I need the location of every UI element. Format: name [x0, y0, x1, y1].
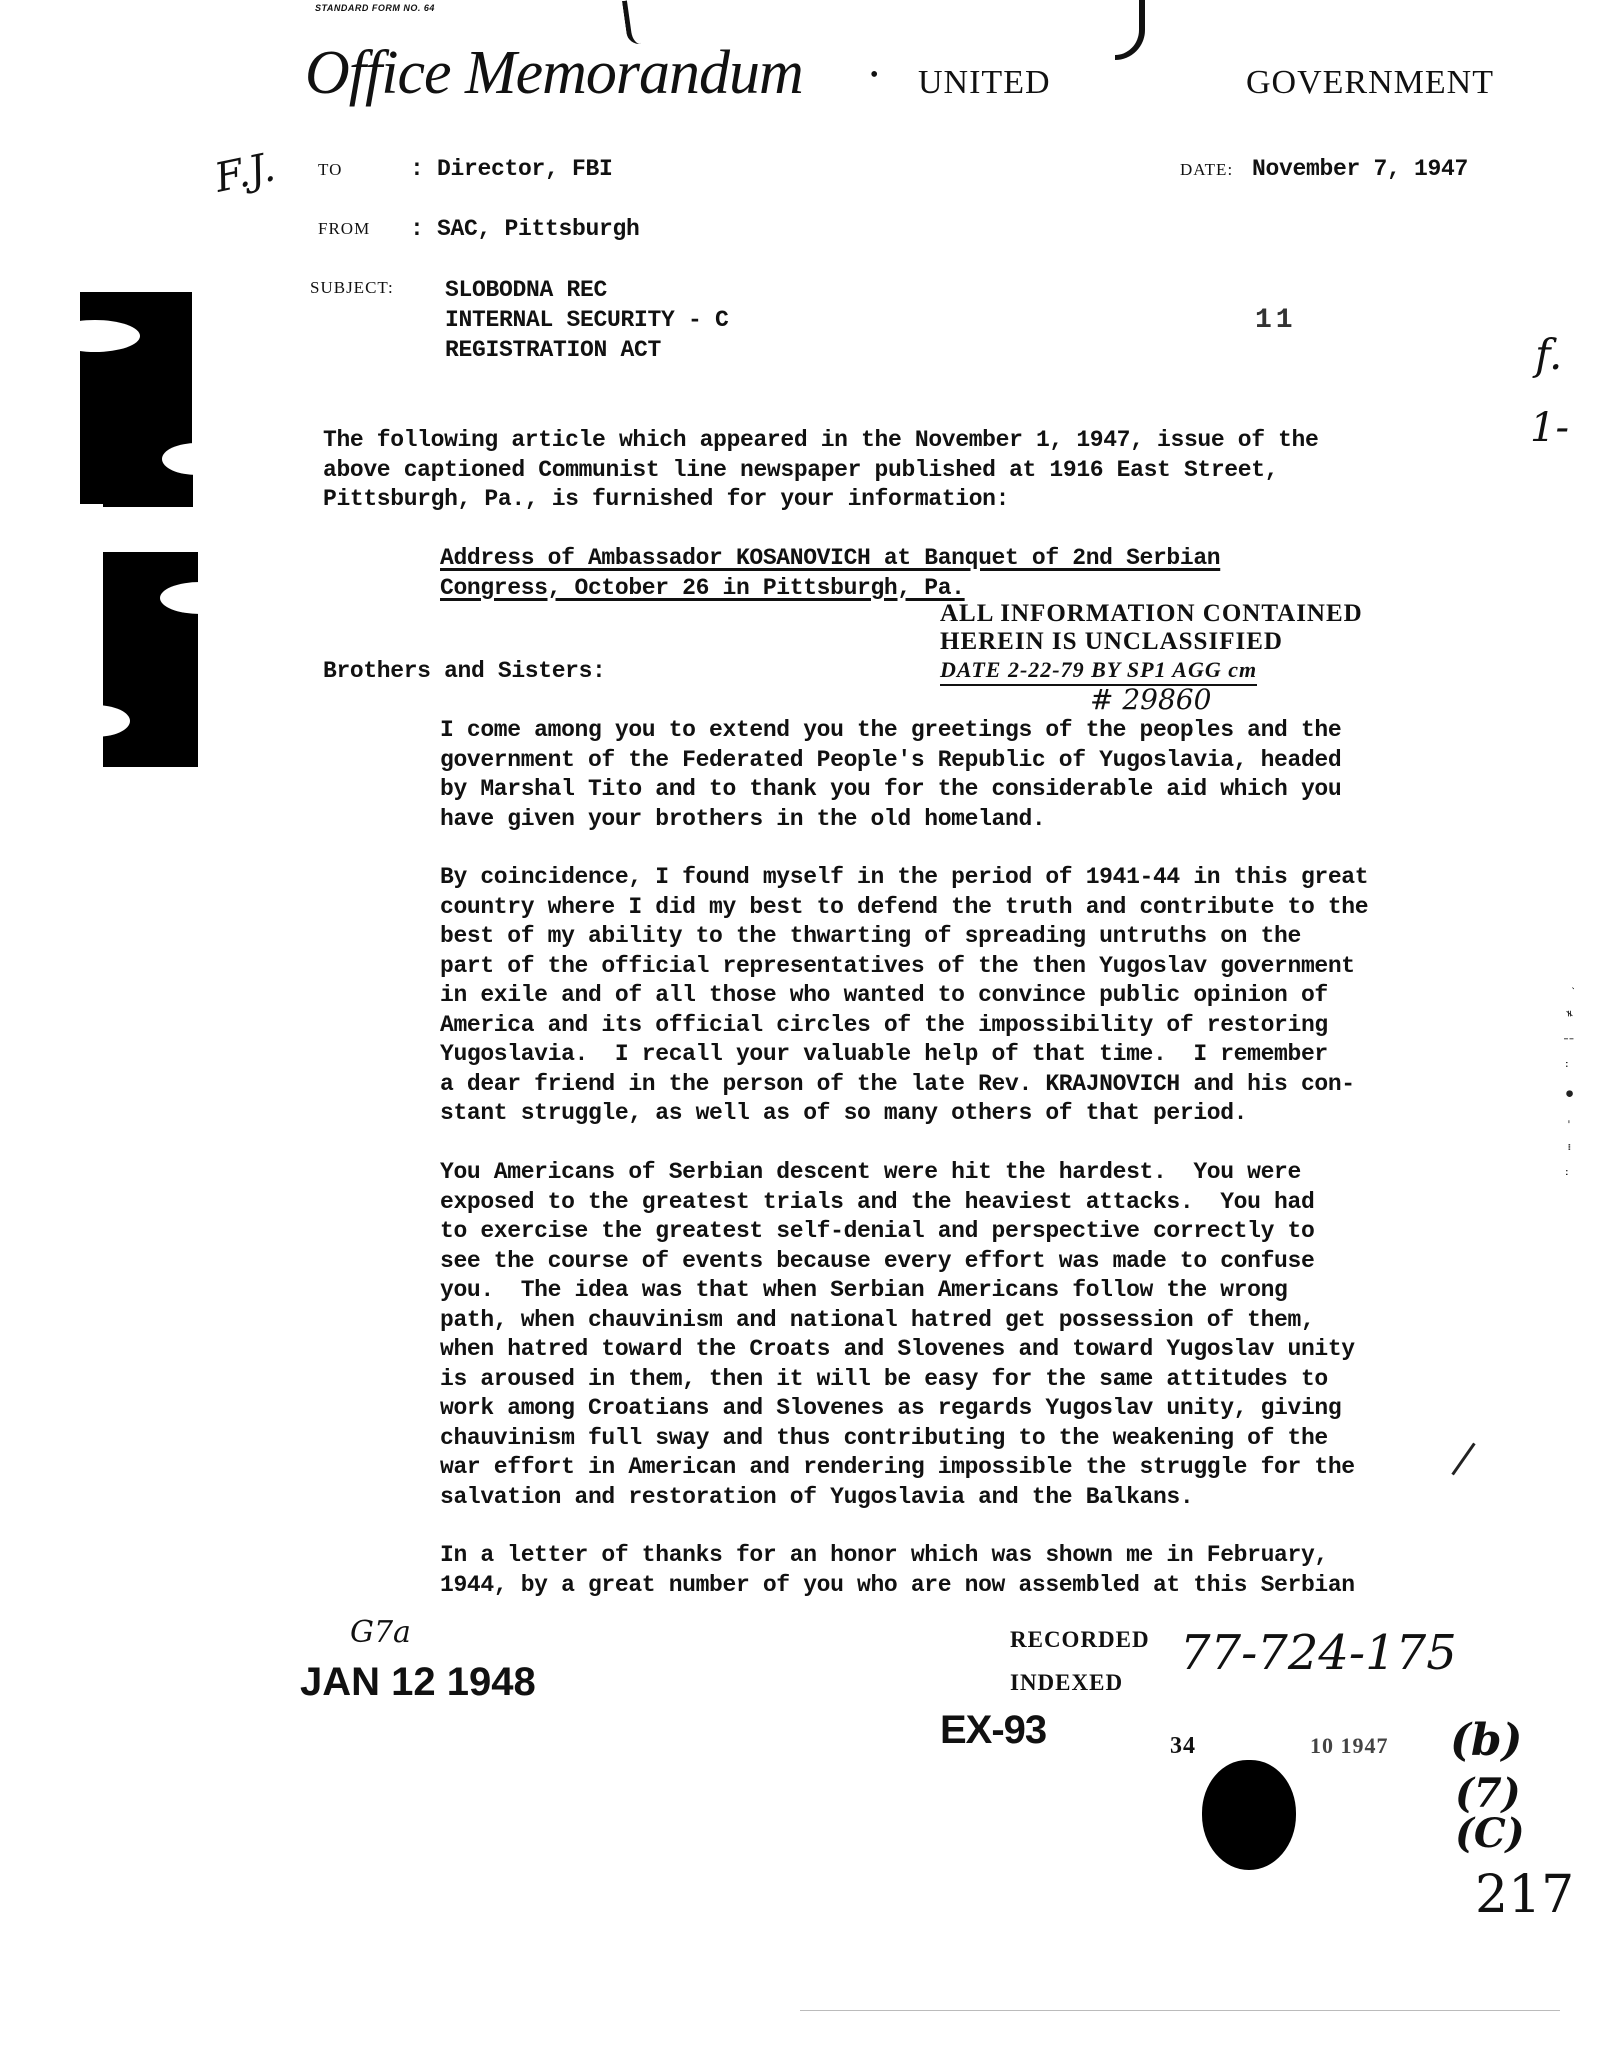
- paragraph-line: see the course of events because every e…: [440, 1247, 1355, 1277]
- article-paragraph-4: In a letter of thanks for an honor which…: [440, 1541, 1355, 1600]
- handwritten-initials-footer: G7a: [350, 1615, 411, 1650]
- receipt-date-stamp: JAN 12 1948: [300, 1660, 536, 1705]
- file-number: 77-724-175: [1180, 1625, 1457, 1681]
- paragraph-line: is aroused in them, then it will be easy…: [440, 1365, 1355, 1395]
- binding-notch: [162, 443, 232, 475]
- paragraph-line: war effort in American and rendering imp…: [440, 1453, 1355, 1483]
- paragraph-line: a dear friend in the person of the late …: [440, 1070, 1368, 1100]
- binding-notch: [160, 582, 240, 614]
- to-value: : Director, FBI: [410, 156, 613, 182]
- article-paragraph-1: I come among you to extend you the greet…: [440, 716, 1341, 834]
- paragraph-line: government of the Federated People's Rep…: [440, 746, 1341, 776]
- masthead-government: GOVERNMENT: [1246, 64, 1494, 102]
- paragraph-line: when hatred toward the Croats and Sloven…: [440, 1335, 1355, 1365]
- indexed-stamp: INDEXED: [1010, 1670, 1123, 1696]
- to-label: TO: [318, 160, 342, 180]
- paragraph-line: I come among you to extend you the greet…: [440, 716, 1341, 746]
- paragraph-line: path, when chauvinism and national hatre…: [440, 1306, 1355, 1336]
- margin-vertical-marks: ′ ≠ ¦ ‥ ● ‐ ⋯ ‥: [1563, 985, 1576, 1182]
- paragraph-line: country where I did my best to defend th…: [440, 893, 1368, 923]
- binding-notch: [50, 320, 140, 352]
- exemption-code: (C): [1455, 1810, 1525, 1857]
- file-mark: 11: [1255, 305, 1297, 336]
- paragraph-line: part of the official representatives of …: [440, 952, 1368, 982]
- paragraph-line: 1944, by a great number of you who are n…: [440, 1571, 1355, 1601]
- handwritten-initial-right-2: 1-: [1530, 405, 1569, 451]
- paragraph-line: In a letter of thanks for an honor which…: [440, 1541, 1355, 1571]
- from-label: FROM: [318, 219, 370, 239]
- subject-line: SLOBODNA REC: [445, 275, 729, 305]
- paragraph-line: you. The idea was that when Serbian Amer…: [440, 1276, 1355, 1306]
- subject-line: REGISTRATION ACT: [445, 335, 729, 365]
- handwritten-initials-left: F.J.: [211, 144, 279, 201]
- subject-lines: SLOBODNA REC INTERNAL SECURITY - C REGIS…: [445, 275, 729, 365]
- article-title: Address of Ambassador KOSANOVICH at Banq…: [440, 544, 1220, 603]
- paragraph-line: stant struggle, as well as of so many ot…: [440, 1099, 1368, 1129]
- masthead-united: UNITED: [918, 64, 1051, 102]
- subject-label: SUBJECT:: [310, 278, 394, 298]
- stamp-number: # 29860: [1090, 686, 1363, 714]
- paragraph-line: By coincidence, I found myself in the pe…: [440, 863, 1368, 893]
- recorded-stamp: RECORDED: [1010, 1627, 1150, 1653]
- exemption-code: (b): [1450, 1715, 1522, 1766]
- handwritten-mark-top-right: [1115, 0, 1145, 60]
- paragraph-line: Yugoslavia. I recall your valuable help …: [440, 1040, 1368, 1070]
- sub-date: 10 1947: [1310, 1733, 1389, 1759]
- article-title-line: Address of Ambassador KOSANOVICH at Banq…: [440, 544, 1220, 574]
- stamp-line: ALL INFORMATION CONTAINED: [940, 600, 1363, 628]
- paragraph-line: America and its official circles of the …: [440, 1011, 1368, 1041]
- date-value: November 7, 1947: [1252, 156, 1468, 182]
- intro-line: above captioned Communist line newspaper…: [323, 456, 1463, 486]
- article-title-line: Congress, October 26 in Pittsburgh, Pa.: [440, 574, 1220, 604]
- salutation: Brothers and Sisters:: [323, 657, 606, 687]
- intro-line: Pittsburgh, Pa., is furnished for your i…: [323, 485, 1463, 515]
- paragraph-line: by Marshal Tito and to thank you for the…: [440, 775, 1341, 805]
- stamp-date-line: DATE 2-22-79 BY SP1 AGG cm: [940, 656, 1257, 686]
- masthead-bullet: •: [870, 62, 878, 89]
- article-paragraph-3: You Americans of Serbian descent were hi…: [440, 1158, 1355, 1512]
- paragraph-line: exposed to the greatest trials and the h…: [440, 1188, 1355, 1218]
- bottom-scan-line: [800, 2010, 1560, 2011]
- intro-line: The following article which appeared in …: [323, 426, 1463, 456]
- handwritten-initial-right-1: f.: [1535, 330, 1562, 379]
- redaction-blot: [1202, 1760, 1296, 1870]
- stamp-line: HEREIN IS UNCLASSIFIED: [940, 628, 1363, 656]
- paragraph-line: best of my ability to the thwarting of s…: [440, 922, 1368, 952]
- page-number: 217: [1475, 1865, 1574, 1925]
- intro-paragraph: The following article which appeared in …: [323, 426, 1463, 515]
- paragraph-line: have given your brothers in the old home…: [440, 805, 1341, 835]
- from-value: : SAC, Pittsburgh: [410, 216, 640, 242]
- article-paragraph-2: By coincidence, I found myself in the pe…: [440, 863, 1368, 1129]
- paragraph-line: in exile and of all those who wanted to …: [440, 981, 1368, 1011]
- declassification-stamp: ALL INFORMATION CONTAINED HEREIN IS UNCL…: [940, 600, 1363, 714]
- ex-mark: EX-93: [940, 1708, 1046, 1753]
- subject-line: INTERNAL SECURITY - C: [445, 305, 729, 335]
- memo-title: Office Memorandum: [305, 38, 803, 109]
- form-number: STANDARD FORM NO. 64: [315, 3, 435, 13]
- sub-marks: 34: [1170, 1733, 1196, 1760]
- paragraph-line: chauvinism full sway and thus contributi…: [440, 1424, 1355, 1454]
- paragraph-line: salvation and restoration of Yugoslavia …: [440, 1483, 1355, 1513]
- margin-slash: [1451, 1443, 1475, 1476]
- paragraph-line: work among Croatians and Slovenes as reg…: [440, 1394, 1355, 1424]
- paragraph-line: You Americans of Serbian descent were hi…: [440, 1158, 1355, 1188]
- binding-notch: [60, 705, 130, 737]
- paragraph-line: to exercise the greatest self-denial and…: [440, 1217, 1355, 1247]
- date-label: DATE:: [1180, 160, 1233, 180]
